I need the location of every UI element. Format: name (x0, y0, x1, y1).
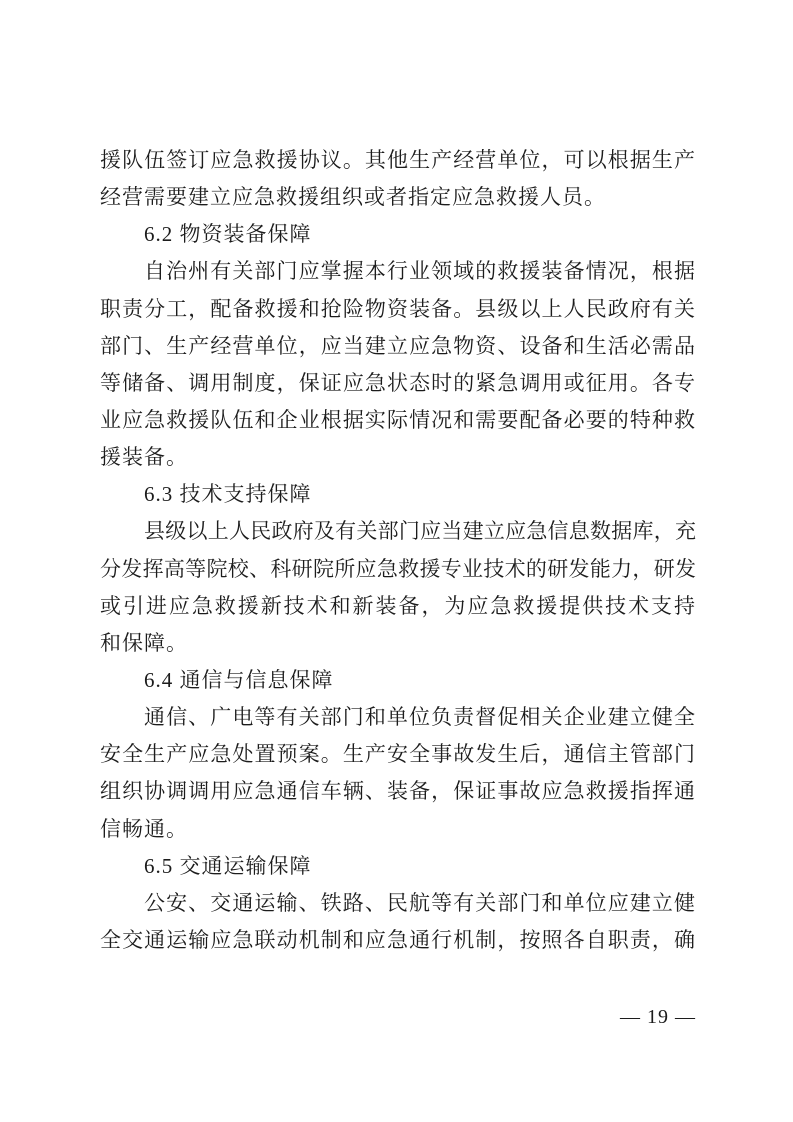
section-heading: 6.3 技术支持保障 (100, 476, 696, 513)
text-line: 分发挥高等院校、科研院所应急救援专业技术的研发能力，研发 (100, 551, 696, 588)
text-line: 援队伍签订应急救援协议。其他生产经营单位，可以根据生产 (100, 142, 696, 179)
text-line: 全交通运输应急联动机制和应急通行机制，按照各自职责，确 (100, 922, 696, 959)
page-number: — 19 — (620, 1005, 696, 1029)
section-heading: 6.5 交通运输保障 (100, 848, 696, 885)
text-line: 信畅通。 (100, 811, 696, 848)
document-page: 援队伍签订应急救援协议。其他生产经营单位，可以根据生产经营需要建立应急救援组织或… (0, 0, 793, 1122)
text-block: 援队伍签订应急救援协议。其他生产经营单位，可以根据生产经营需要建立应急救援组织或… (100, 142, 696, 959)
text-line: 经营需要建立应急救援组织或者指定应急救援人员。 (100, 179, 696, 216)
text-line: 或引进应急救援新技术和新装备，为应急救援提供技术支持 (100, 588, 696, 625)
text-line: 部门、生产经营单位，应当建立应急物资、设备和生活必需品 (100, 328, 696, 365)
text-line: 业应急救援队伍和企业根据实际情况和需要配备必要的特种救 (100, 402, 696, 439)
text-line: 援装备。 (100, 439, 696, 476)
text-line: 职责分工，配备救援和抢险物资装备。县级以上人民政府有关 (100, 291, 696, 328)
text-line: 自治州有关部门应掌握本行业领域的救援装备情况，根据 (100, 253, 696, 290)
text-line: 公安、交通运输、铁路、民航等有关部门和单位应建立健 (100, 885, 696, 922)
text-line: 等储备、调用制度，保证应急状态时的紧急调用或征用。各专 (100, 365, 696, 402)
text-line: 和保障。 (100, 625, 696, 662)
text-line: 通信、广电等有关部门和单位负责督促相关企业建立健全 (100, 699, 696, 736)
section-heading: 6.2 物资装备保障 (100, 216, 696, 253)
text-line: 组织协调调用应急通信车辆、装备，保证事故应急救援指挥通 (100, 773, 696, 810)
section-heading: 6.4 通信与信息保障 (100, 662, 696, 699)
text-line: 县级以上人民政府及有关部门应当建立应急信息数据库，充 (100, 513, 696, 550)
text-line: 安全生产应急处置预案。生产安全事故发生后，通信主管部门 (100, 736, 696, 773)
